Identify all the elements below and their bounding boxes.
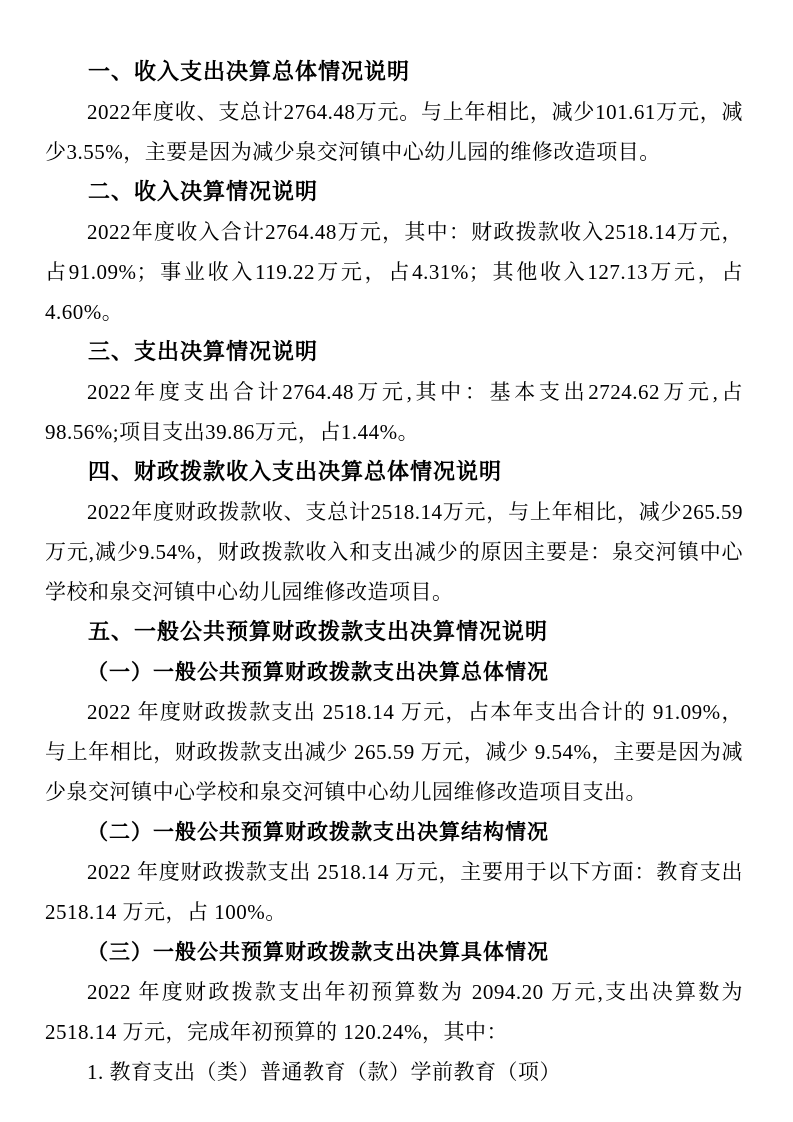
subsection-heading-5-3: （三）一般公共预算财政拨款支出决算具体情况 — [45, 932, 743, 972]
paragraph-income-expense-total: 2022年度收、支总计2764.48万元。与上年相比，减少101.61万元，减少… — [45, 92, 743, 172]
section-heading-5: 五、一般公共预算财政拨款支出决算情况说明 — [45, 612, 743, 652]
document-page: 一、收入支出决算总体情况说明 2022年度收、支总计2764.48万元。与上年相… — [0, 0, 793, 1122]
paragraph-fiscal-appropriation-total: 2022年度财政拨款收、支总计2518.14万元，与上年相比，减少265.59万… — [45, 492, 743, 612]
paragraph-education-expense-item: 1. 教育支出（类）普通教育（款）学前教育（项） — [45, 1052, 743, 1092]
paragraph-budget-expense-specific: 2022 年度财政拨款支出年初预算数为 2094.20 万元,支出决算数为 25… — [45, 972, 743, 1052]
paragraph-budget-expense-structure: 2022 年度财政拨款支出 2518.14 万元，主要用于以下方面：教育支出 2… — [45, 852, 743, 932]
section-heading-2: 二、收入决算情况说明 — [45, 172, 743, 212]
subsection-heading-5-2: （二）一般公共预算财政拨款支出决算结构情况 — [45, 812, 743, 852]
subsection-heading-5-1: （一）一般公共预算财政拨款支出决算总体情况 — [45, 652, 743, 692]
section-heading-1: 一、收入支出决算总体情况说明 — [45, 52, 743, 92]
section-heading-3: 三、支出决算情况说明 — [45, 332, 743, 372]
section-heading-4: 四、财政拨款收入支出决算总体情况说明 — [45, 452, 743, 492]
paragraph-expense-detail: 2022年度支出合计2764.48万元,其中：基本支出2724.62万元,占98… — [45, 372, 743, 452]
paragraph-income-detail: 2022年度收入合计2764.48万元，其中：财政拨款收入2518.14万元，占… — [45, 212, 743, 332]
paragraph-budget-expense-overall: 2022 年度财政拨款支出 2518.14 万元，占本年支出合计的 91.09%… — [45, 692, 743, 812]
